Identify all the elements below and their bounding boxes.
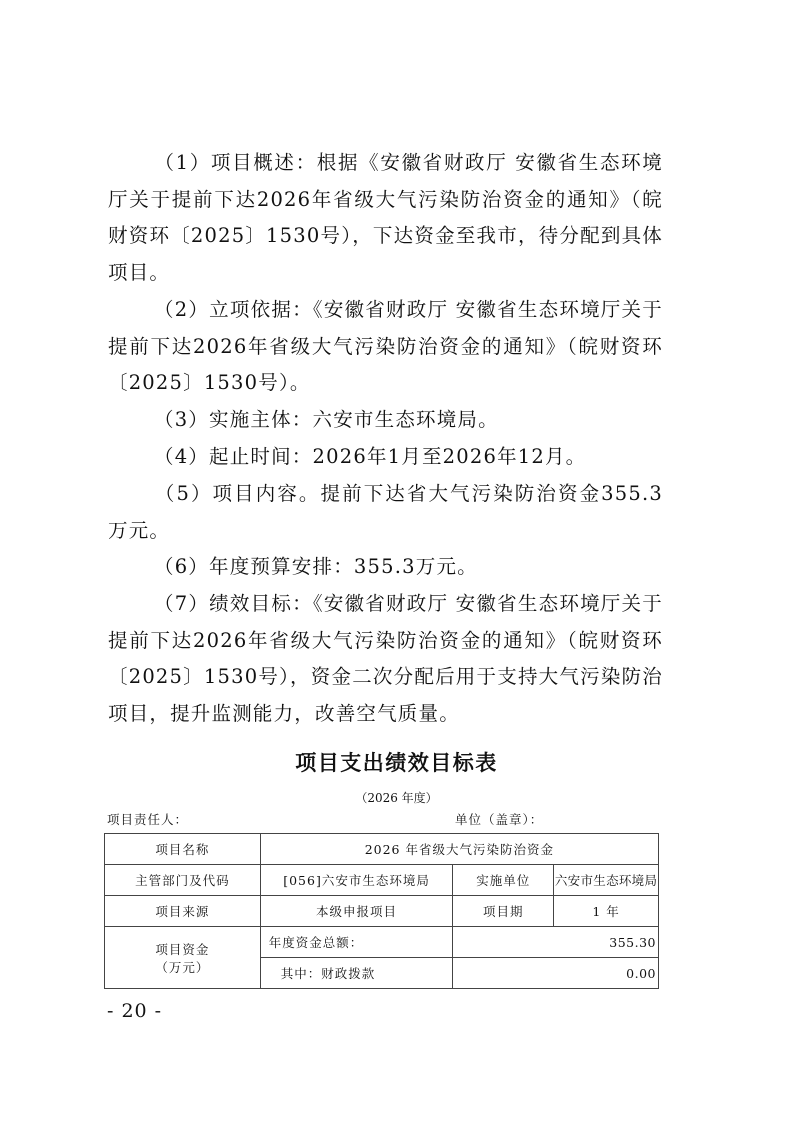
annual-total-value: 355.30 <box>453 927 659 958</box>
paragraph-budget: （6）年度预算安排：355.3万元。 <box>108 549 663 586</box>
para-label: （7）绩效目标： <box>154 592 313 615</box>
paragraph-content: （5）项目内容。提前下达省大气污染防治资金355.3万元。 <box>108 476 663 549</box>
project-name-value: 2026 年省级大气污染防治资金 <box>260 834 658 865</box>
period-label: 项目期 <box>453 896 554 927</box>
page-number: - 20 - <box>107 1000 162 1022</box>
impl-unit-value: 六安市生态环境局 <box>554 865 659 896</box>
para-label: （1）项目概述： <box>154 151 317 174</box>
table-row: 项目名称 2026 年省级大气污染防治资金 <box>105 834 659 865</box>
period-value: 1 年 <box>554 896 659 927</box>
para-text: 六安市生态环境局。 <box>313 408 499 431</box>
paragraph-implementer: （3）实施主体：六安市生态环境局。 <box>108 402 663 439</box>
table-row: 项目资金 （万元） 年度资金总额： 355.30 <box>105 927 659 958</box>
performance-table: 项目名称 2026 年省级大气污染防治资金 主管部门及代码 [056]六安市生态… <box>104 833 659 989</box>
para-text: 355.3万元。 <box>354 555 478 578</box>
source-label: 项目来源 <box>105 896 261 927</box>
dept-label: 主管部门及代码 <box>105 865 261 896</box>
para-label: （6）年度预算安排： <box>154 555 354 578</box>
table-row: 主管部门及代码 [056]六安市生态环境局 实施单位 六安市生态环境局 <box>105 865 659 896</box>
impl-unit-label: 实施单位 <box>453 865 554 896</box>
fiscal-label: 其中：财政拨款 <box>260 958 453 989</box>
para-label: （4）起止时间： <box>154 445 313 468</box>
para-text: 2026年1月至2026年12月。 <box>313 445 587 468</box>
paragraph-basis: （2）立项依据：《安徽省财政厅 安徽省生态环境厅关于提前下达2026年省级大气污… <box>108 292 663 402</box>
unit-seal-label: 单位（盖章）： <box>455 810 543 828</box>
paragraph-goal: （7）绩效目标：《安徽省财政厅 安徽省生态环境厅关于提前下达2026年省级大气污… <box>108 586 663 732</box>
para-label: （5）项目内容。 <box>154 482 321 505</box>
paragraph-overview: （1）项目概述：根据《安徽省财政厅 安徽省生态环境厅关于提前下达2026年省级大… <box>108 145 663 291</box>
fiscal-value: 0.00 <box>453 958 659 989</box>
para-label: （2）立项依据： <box>154 298 313 321</box>
dept-value: [056]六安市生态环境局 <box>260 865 453 896</box>
table-year: （2026 年度） <box>0 789 793 806</box>
source-value: 本级申报项目 <box>260 896 453 927</box>
funds-label: 项目资金 （万元） <box>105 927 261 989</box>
project-name-label: 项目名称 <box>105 834 261 865</box>
para-label: （3）实施主体： <box>154 408 313 431</box>
table-row: 项目来源 本级申报项目 项目期 1 年 <box>105 896 659 927</box>
annual-total-label: 年度资金总额： <box>260 927 453 958</box>
responsible-person-label: 项目责任人： <box>107 810 188 828</box>
table-title: 项目支出绩效目标表 <box>0 747 793 777</box>
funds-label-line2: （万元） <box>107 958 258 976</box>
paragraph-period: （4）起止时间：2026年1月至2026年12月。 <box>108 439 663 476</box>
funds-label-line1: 项目资金 <box>107 940 258 958</box>
